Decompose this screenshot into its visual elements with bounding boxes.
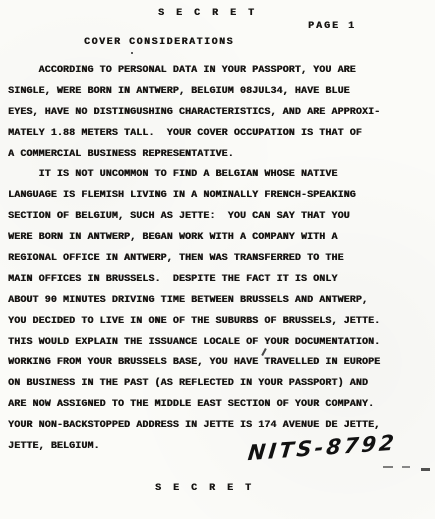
body-line: YOU DECIDED TO LIVE IN ONE OF THE SUBURB… [8, 312, 428, 333]
body-line: ARE NOW ASSIGNED TO THE MIDDLE EAST SECT… [8, 395, 428, 416]
body-line: REGIONAL OFFICE IN ANTWERP, THEN WAS TRA… [8, 249, 428, 270]
body-line: IT IS NOT UNCOMMON TO FIND A BELGIAN WHO… [8, 165, 428, 186]
body-line: LANGUAGE IS FLEMISH LIVING IN A NOMINALL… [8, 186, 428, 207]
body-line: THIS WOULD EXPLAIN THE ISSUANCE LOCALE O… [8, 333, 428, 354]
classification-marking-top: S E C R E T [158, 8, 257, 19]
scan-artifact [383, 466, 393, 468]
body-line: WORKING FROM YOUR BRUSSELS BASE, YOU HAV… [8, 353, 428, 374]
document-title: COVER CONSIDERATIONS [84, 37, 234, 48]
scanned-document-page: S E C R E T PAGE 1 COVER CONSIDERATIONS … [0, 0, 435, 519]
body-line: ABOUT 90 MINUTES DRIVING TIME BETWEEN BR… [8, 291, 428, 312]
body-line: WERE BORN IN ANTWERP, BEGAN WORK WITH A … [8, 228, 428, 249]
scan-artifact [421, 468, 430, 471]
body-line: ON BUSINESS IN THE PAST (AS REFLECTED IN… [8, 374, 428, 395]
page-number-label: PAGE 1 [308, 21, 356, 32]
scan-artifact [402, 466, 410, 468]
classification-marking-bottom: S E C R E T [155, 483, 254, 494]
body-line: SECTION OF BELGIUM, SUCH AS JETTE: YOU C… [8, 207, 428, 228]
body-line: MATELY 1.88 METERS TALL. YOUR COVER OCCU… [8, 124, 428, 145]
document-body: ACCORDING TO PERSONAL DATA IN YOUR PASSP… [8, 61, 428, 458]
body-line: EYES, HAVE NO DISTINGUSHING CHARACTERIST… [8, 103, 428, 124]
body-line: SINGLE, WERE BORN IN ANTWERP, BELGIUM 08… [8, 82, 428, 103]
body-line: A COMMERCIAL BUSINESS REPRESENTATIVE. [8, 145, 428, 166]
scan-artifact [131, 52, 133, 54]
body-line: ACCORDING TO PERSONAL DATA IN YOUR PASSP… [8, 61, 428, 82]
body-line: MAIN OFFICES IN BRUSSELS. DESPITE THE FA… [8, 270, 428, 291]
